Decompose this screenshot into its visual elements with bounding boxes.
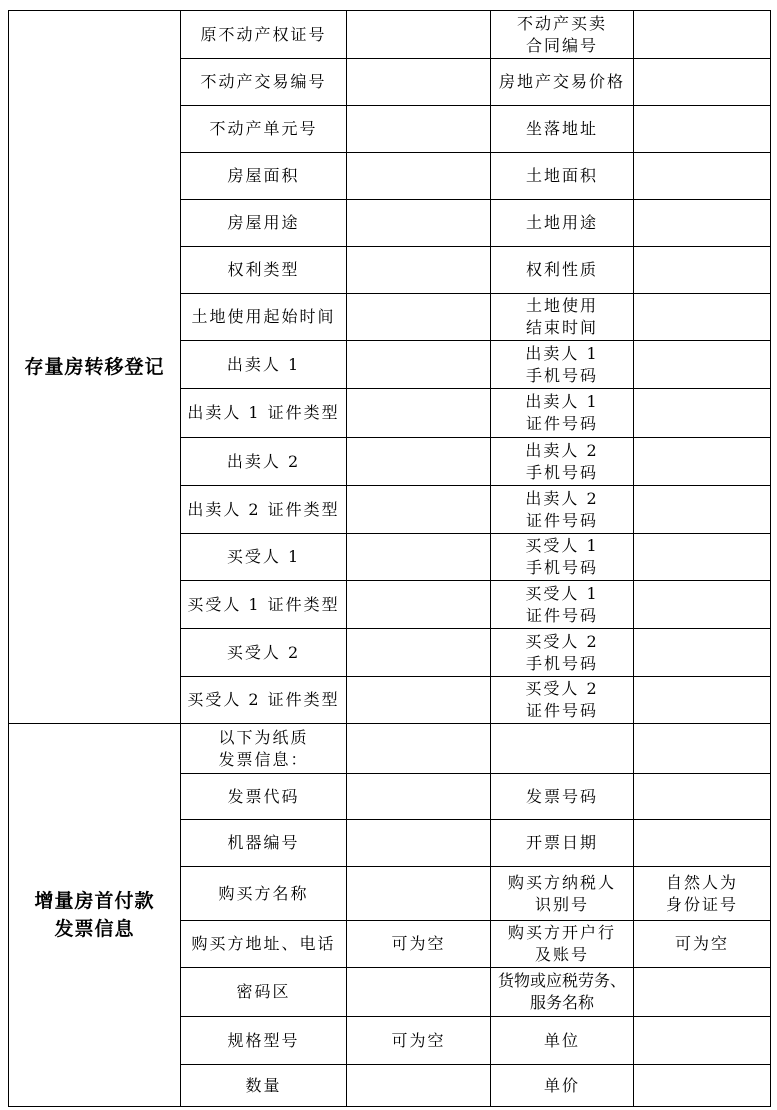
value-cell: 可为空: [347, 921, 491, 968]
value-cell: [347, 153, 491, 200]
value-cell: [347, 200, 491, 247]
value-cell: [347, 1065, 491, 1107]
value-cell: [634, 106, 771, 153]
field-label: 开票日期: [491, 820, 634, 867]
field-label: 发票号码: [491, 774, 634, 820]
field-label: 土地用途: [491, 200, 634, 247]
value-cell: [347, 629, 491, 677]
value-cell: 可为空: [347, 1017, 491, 1065]
value-cell: [347, 11, 491, 59]
field-label: 买受人 1 手机号码: [491, 534, 634, 581]
value-cell: [634, 1017, 771, 1065]
value-cell: [347, 59, 491, 106]
value-cell: [347, 534, 491, 581]
field-label: 单位: [491, 1017, 634, 1065]
value-cell: 可为空: [634, 921, 771, 968]
document-page: 存量房转移登记 原不动产权证号 不动产买卖 合同编号 不动产交易编号 房地产交易…: [0, 0, 777, 1110]
field-label: 货物或应税劳务、 服务名称: [491, 968, 634, 1017]
value-cell: [347, 820, 491, 867]
value-cell: [634, 200, 771, 247]
value-cell: [347, 677, 491, 724]
field-label: 不动产买卖 合同编号: [491, 11, 634, 59]
value-cell: [634, 389, 771, 438]
value-cell: [634, 968, 771, 1017]
field-label: 出卖人 1 手机号码: [491, 341, 634, 389]
field-label: 单价: [491, 1065, 634, 1107]
value-cell: [347, 486, 491, 534]
field-label: 原不动产权证号: [181, 11, 347, 59]
section-category-new-house-downpayment-invoice: 增量房首付款 发票信息: [9, 724, 181, 1107]
value-cell: [347, 724, 491, 774]
value-cell: [634, 486, 771, 534]
field-label: 土地面积: [491, 153, 634, 200]
value-cell: [634, 247, 771, 294]
section-category-stock-house-transfer: 存量房转移登记: [9, 11, 181, 724]
field-label: 坐落地址: [491, 106, 634, 153]
value-cell: [634, 11, 771, 59]
value-cell: [347, 294, 491, 341]
value-cell: [347, 389, 491, 438]
table-row: 存量房转移登记 原不动产权证号 不动产买卖 合同编号: [9, 11, 771, 59]
value-cell: [347, 867, 491, 921]
value-cell: [634, 820, 771, 867]
value-cell: [634, 1065, 771, 1107]
registration-invoice-form-table: 存量房转移登记 原不动产权证号 不动产买卖 合同编号 不动产交易编号 房地产交易…: [8, 10, 771, 1107]
field-label: 出卖人 2 证件号码: [491, 486, 634, 534]
field-label: 出卖人 2 证件类型: [181, 486, 347, 534]
value-cell: [634, 581, 771, 629]
field-label: 出卖人 1 证件号码: [491, 389, 634, 438]
field-label: 以下为纸质 发票信息：: [181, 724, 347, 774]
table-row: 增量房首付款 发票信息 以下为纸质 发票信息：: [9, 724, 771, 774]
value-cell: [634, 341, 771, 389]
value-cell: [347, 247, 491, 294]
value-cell: [634, 534, 771, 581]
field-label: 土地使用 结束时间: [491, 294, 634, 341]
field-label: 权利性质: [491, 247, 634, 294]
field-label: 购买方开户行 及账号: [491, 921, 634, 968]
field-label: 房地产交易价格: [491, 59, 634, 106]
field-label: 买受人 2 手机号码: [491, 629, 634, 677]
value-cell: [634, 59, 771, 106]
value-cell: [634, 774, 771, 820]
value-cell: [634, 724, 771, 774]
field-label: 买受人 2 证件类型: [181, 677, 347, 724]
field-label: 出卖人 1 证件类型: [181, 389, 347, 438]
value-cell: [347, 774, 491, 820]
field-label: 房屋面积: [181, 153, 347, 200]
field-label: 房屋用途: [181, 200, 347, 247]
field-label: 出卖人 1: [181, 341, 347, 389]
field-label: 出卖人 2 手机号码: [491, 438, 634, 486]
field-label: [491, 724, 634, 774]
field-label: 买受人 1: [181, 534, 347, 581]
value-cell: [347, 438, 491, 486]
value-cell: [634, 677, 771, 724]
field-label: 发票代码: [181, 774, 347, 820]
field-label: 规格型号: [181, 1017, 347, 1065]
field-label: 机器编号: [181, 820, 347, 867]
value-cell: 自然人为 身份证号: [634, 867, 771, 921]
value-cell: [634, 153, 771, 200]
field-label: 密码区: [181, 968, 347, 1017]
field-label: 不动产交易编号: [181, 59, 347, 106]
field-label: 买受人 2 证件号码: [491, 677, 634, 724]
field-label: 出卖人 2: [181, 438, 347, 486]
field-label: 权利类型: [181, 247, 347, 294]
value-cell: [634, 294, 771, 341]
value-cell: [347, 968, 491, 1017]
field-label: 买受人 1 证件类型: [181, 581, 347, 629]
field-label: 买受人 1 证件号码: [491, 581, 634, 629]
field-label: 土地使用起始时间: [181, 294, 347, 341]
field-label: 购买方地址、电话: [181, 921, 347, 968]
value-cell: [634, 438, 771, 486]
field-label: 购买方纳税人 识别号: [491, 867, 634, 921]
field-label: 购买方名称: [181, 867, 347, 921]
value-cell: [347, 106, 491, 153]
field-label: 买受人 2: [181, 629, 347, 677]
field-label: 数量: [181, 1065, 347, 1107]
value-cell: [347, 581, 491, 629]
value-cell: [347, 341, 491, 389]
field-label: 不动产单元号: [181, 106, 347, 153]
value-cell: [634, 629, 771, 677]
